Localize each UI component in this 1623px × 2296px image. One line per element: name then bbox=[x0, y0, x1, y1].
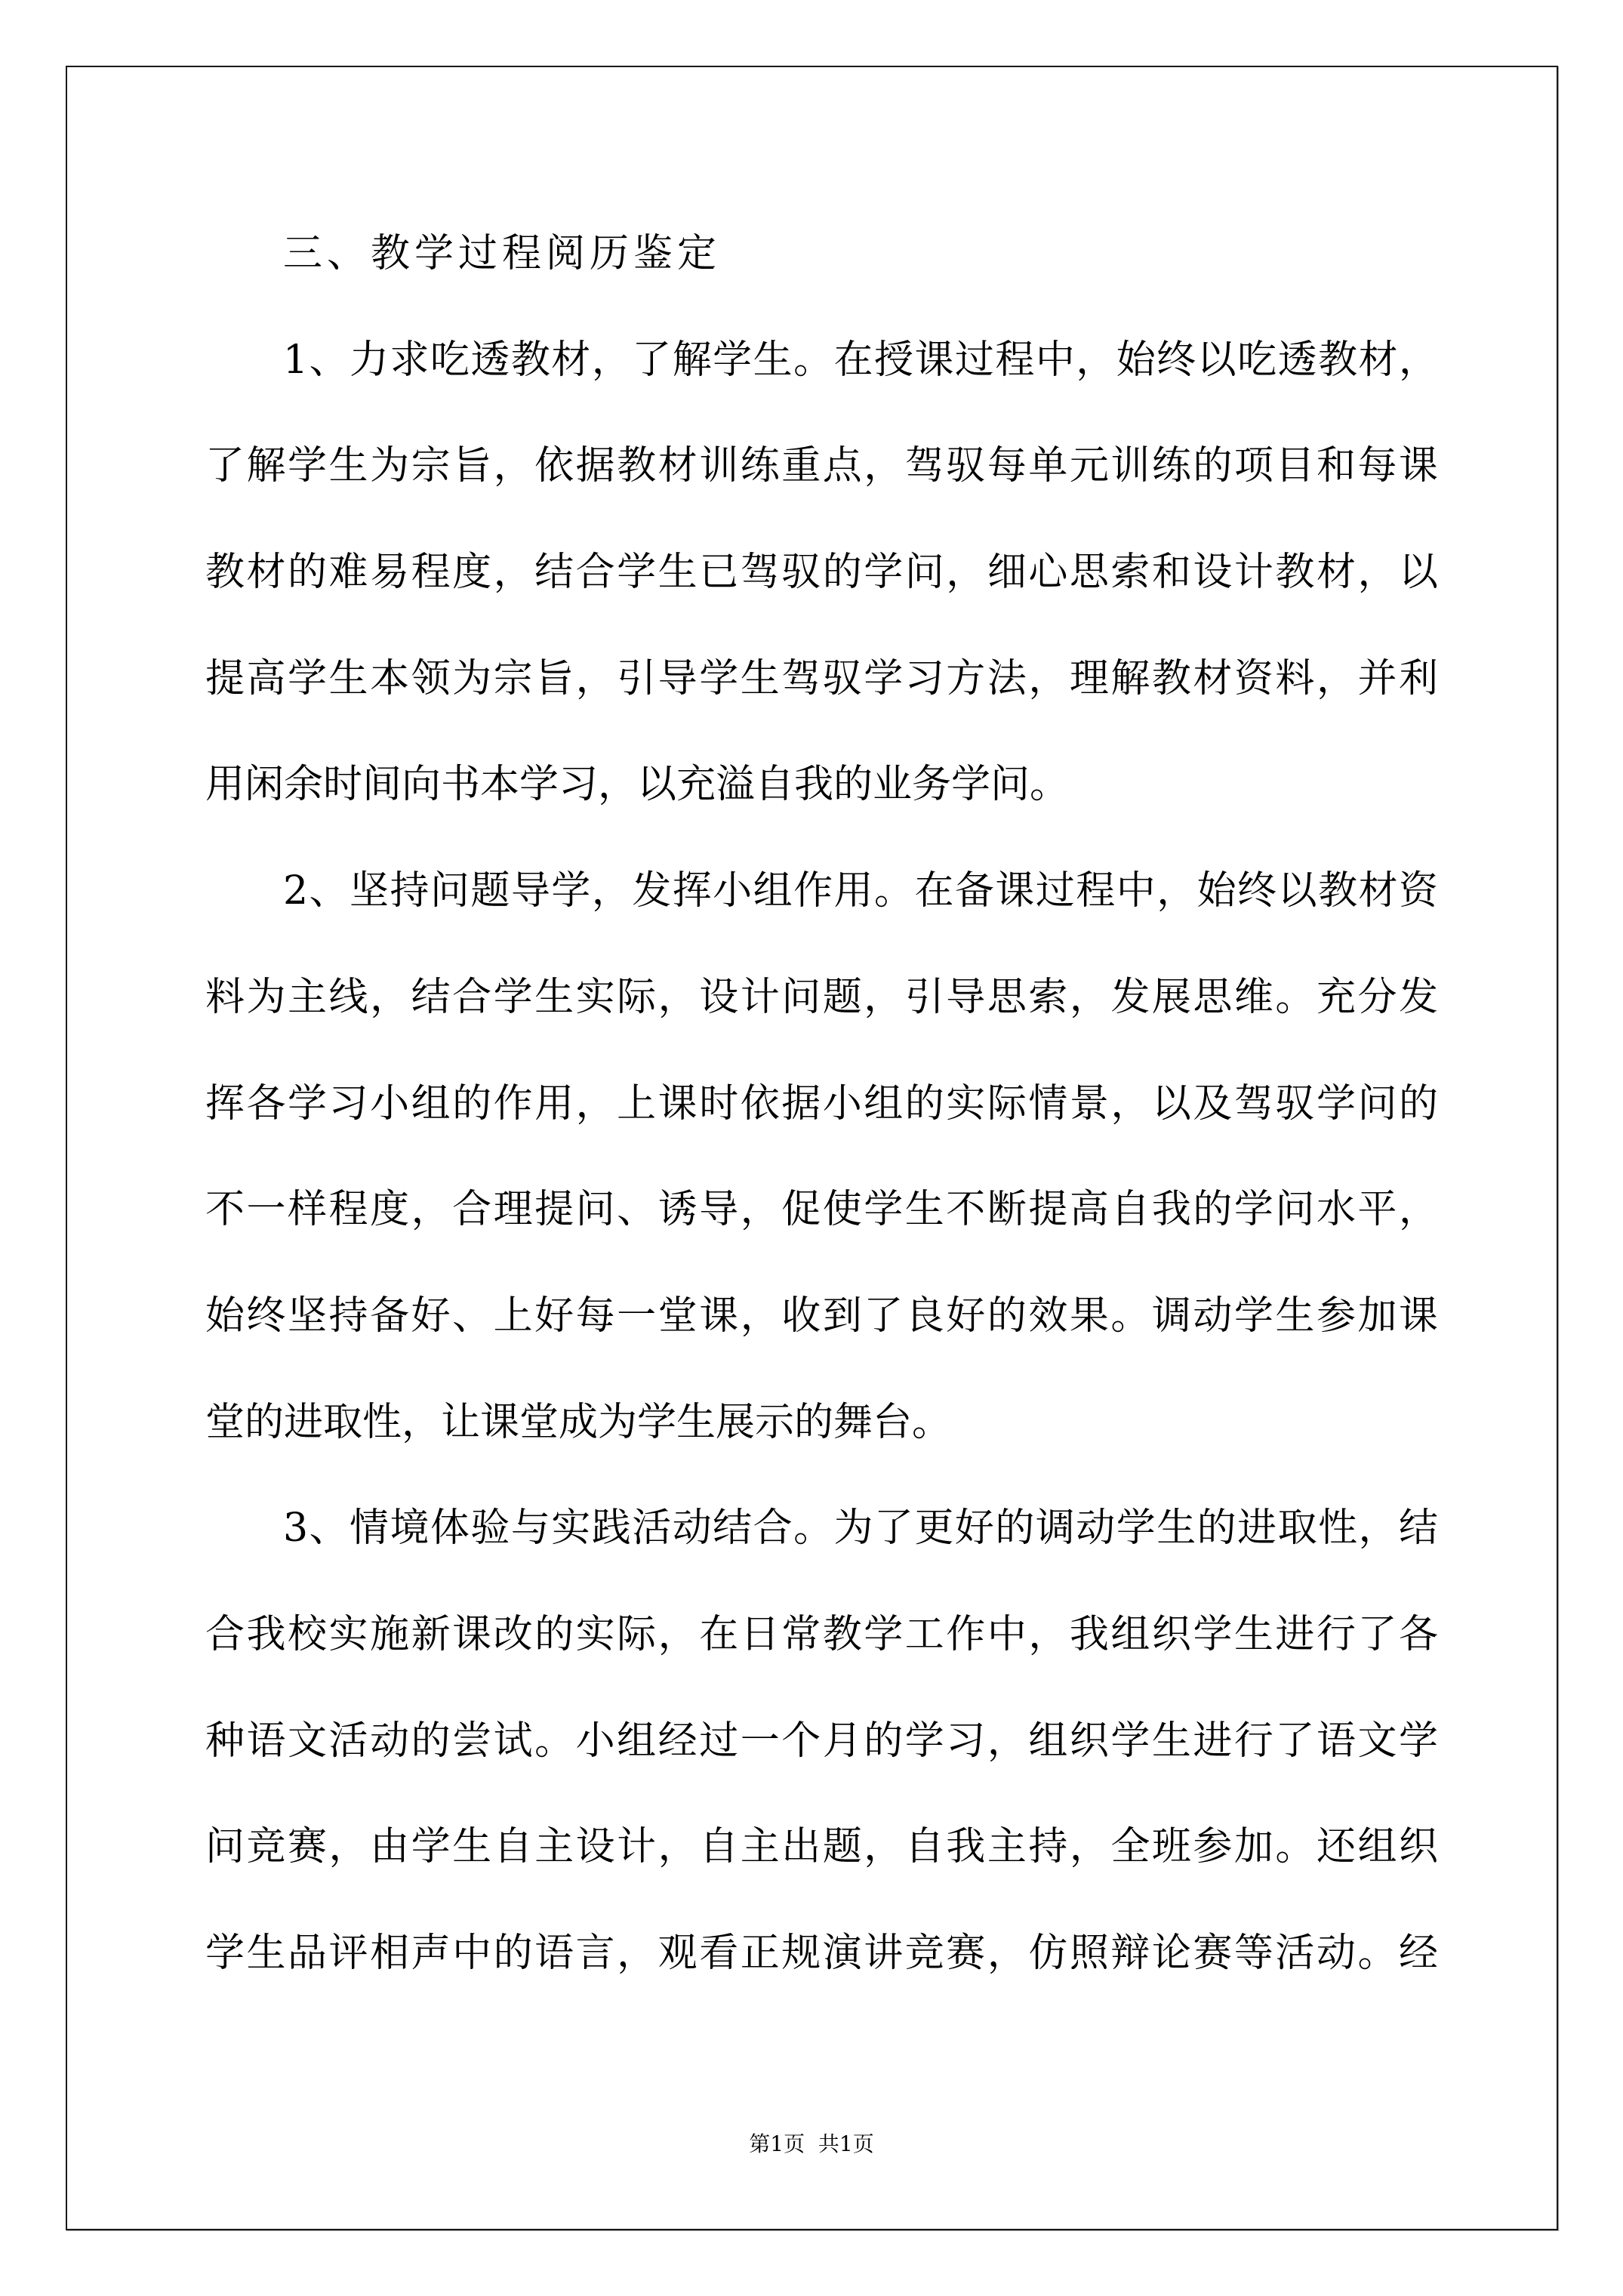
page-number-footer: 第1页 共1页 bbox=[0, 2128, 1623, 2161]
paragraph-line: 不一样程度，合理提问、诱导，促使学生不断提高自我的学问水平， bbox=[205, 1157, 1438, 1263]
paragraph-line: 2、坚持问题导学，发挥小组作用。在备课过程中，始终以教材资 bbox=[205, 838, 1438, 945]
paragraph-line: 3、情境体验与实践活动结合。为了更好的调动学生的进取性，结 bbox=[205, 1475, 1438, 1582]
paragraph-line: 学生品评相声中的语言，观看正规演讲竞赛，仿照辩论赛等活动。经 bbox=[205, 1900, 1438, 2007]
paragraph-line: 了解学生为宗旨，依据教材训练重点，驾驭每单元训练的项目和每课 bbox=[205, 413, 1438, 519]
paragraph-line: 教材的难易程度，结合学生已驾驭的学问，细心思索和设计教材，以 bbox=[205, 519, 1438, 626]
paragraph-line: 挥各学习小组的作用，上课时依据小组的实际情景，以及驾驭学问的 bbox=[205, 1051, 1438, 1157]
paragraph-line: 1、力求吃透教材，了解学生。在授课过程中，始终以吃透教材， bbox=[205, 307, 1438, 414]
paragraph-3: 3、情境体验与实践活动结合。为了更好的调动学生的进取性，结 合我校实施新课改的实… bbox=[205, 1475, 1438, 2006]
paragraph-line: 提高学生本领为宗旨，引导学生驾驭学习方法，理解教材资料，并利 bbox=[205, 626, 1438, 732]
paragraph-line: 料为主线，结合学生实际，设计问题，引导思索，发展思维。充分发 bbox=[205, 945, 1438, 1051]
paragraph-line: 用闲余时间向书本学习，以充溢自我的业务学问。 bbox=[205, 732, 1438, 838]
paragraph-line: 合我校实施新课改的实际，在日常教学工作中，我组织学生进行了各 bbox=[205, 1582, 1438, 1688]
paragraph-1: 1、力求吃透教材，了解学生。在授课过程中，始终以吃透教材， 了解学生为宗旨，依据… bbox=[205, 307, 1438, 838]
paragraph-line: 问竞赛，由学生自主设计，自主出题，自我主持，全班参加。还组织 bbox=[205, 1794, 1438, 1900]
document-body: 三、教学过程阅历鉴定 1、力求吃透教材，了解学生。在授课过程中，始终以吃透教材，… bbox=[205, 201, 1438, 2007]
section-heading: 三、教学过程阅历鉴定 bbox=[205, 201, 1438, 307]
paragraph-line: 种语文活动的尝试。小组经过一个月的学习，组织学生进行了语文学 bbox=[205, 1688, 1438, 1795]
paragraph-line: 堂的进取性，让课堂成为学生展示的舞台。 bbox=[205, 1370, 1438, 1476]
paragraph-2: 2、坚持问题导学，发挥小组作用。在备课过程中，始终以教材资 料为主线，结合学生实… bbox=[205, 838, 1438, 1475]
paragraph-line: 始终坚持备好、上好每一堂课，收到了良好的效果。调动学生参加课 bbox=[205, 1263, 1438, 1370]
